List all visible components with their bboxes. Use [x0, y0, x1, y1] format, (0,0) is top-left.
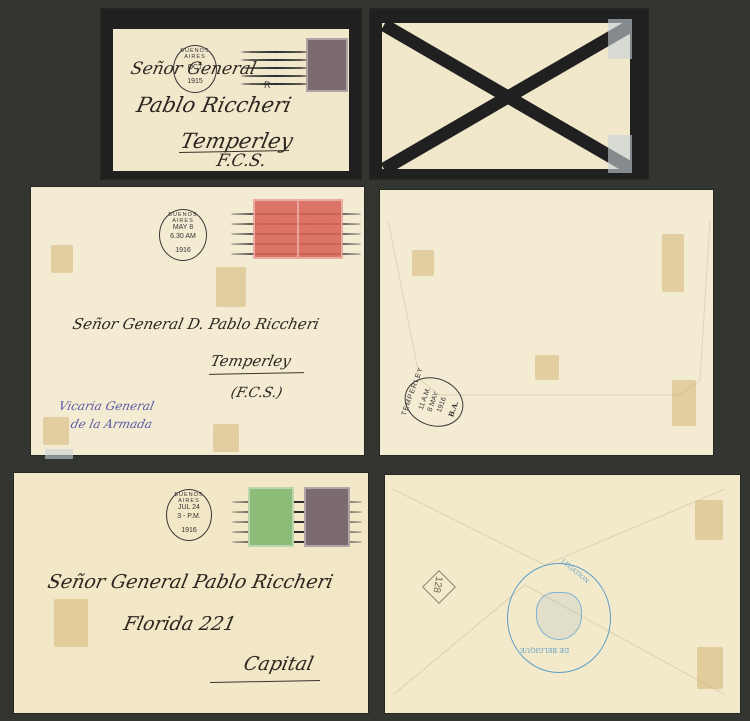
- cover-2-front[interactable]: BUENOS AIRES MAY 8 6.30 AM 1916 Señor Ge…: [31, 187, 364, 455]
- hinge-stain: [535, 355, 559, 380]
- hinge-stain: [672, 380, 696, 426]
- black-cross-icon: [370, 9, 648, 179]
- legation-seal: LEGATION DE BELGIQUE: [507, 563, 611, 673]
- address-line: (F.C.S.): [229, 385, 284, 401]
- address-line: Florida 221: [122, 613, 238, 635]
- address-underline: [210, 680, 320, 683]
- postmark: BUENOS AIRES MAY 8 6.30 AM 1916: [159, 209, 207, 261]
- hinge-stain: [51, 245, 73, 273]
- coat-of-arms-icon: [536, 592, 582, 640]
- cover-3-back[interactable]: 128 LEGATION DE BELGIQUE: [385, 475, 740, 713]
- hinge-stain: [43, 417, 69, 445]
- hinge-stain: [412, 250, 434, 276]
- stamp-violet: [306, 38, 348, 92]
- cover-2-back[interactable]: TEMPERLEY 11 A.M. 8 MAY 1916 B.A.: [380, 190, 713, 455]
- cancel-wave: [241, 51, 311, 53]
- hinge-stain: [697, 647, 723, 689]
- cancel-wave: [241, 83, 311, 85]
- cover-1-back[interactable]: [370, 9, 648, 179]
- stamp-violet: [304, 487, 350, 547]
- hinge-stain: [216, 267, 246, 307]
- address-line: Señor General: [129, 59, 258, 79]
- hinge-tape: [45, 449, 73, 459]
- printed-sender: Vicaria General: [58, 399, 156, 413]
- stamp-green: [248, 487, 294, 547]
- cover-3-front[interactable]: BUENOS AIRES JUL 24 3 - P.M. 1916 Señor …: [14, 473, 368, 713]
- postmark: BUENOS AIRES JUL 24 3 - P.M. 1916: [166, 489, 212, 541]
- address-underline: [209, 372, 304, 375]
- hinge-stain: [662, 234, 684, 292]
- stamp-red: [297, 199, 343, 259]
- cover-1-front[interactable]: BUENOS AIRES OCT 1915 R Señor General Pa…: [101, 9, 361, 179]
- address-line: Capital: [242, 653, 316, 675]
- hinge-stain: [54, 599, 88, 647]
- address-line: Temperley: [209, 352, 293, 370]
- printed-sender: de la Armada: [70, 417, 154, 431]
- address-line: Pablo Riccheri: [134, 93, 293, 117]
- paper-area: BUENOS AIRES OCT 1915 R Señor General Pa…: [113, 29, 349, 171]
- hinge-tape: [608, 19, 632, 59]
- stamp-red: [253, 199, 299, 259]
- hinge-tape: [608, 135, 632, 173]
- hinge-stain: [213, 424, 239, 452]
- address-line: F.C.S.: [215, 151, 268, 171]
- cancel-letter: R: [264, 80, 271, 90]
- address-line: Señor General Pablo Riccheri: [46, 571, 335, 593]
- hinge-stain: [695, 500, 723, 540]
- address-line: Señor General D. Pablo Riccheri: [71, 315, 321, 333]
